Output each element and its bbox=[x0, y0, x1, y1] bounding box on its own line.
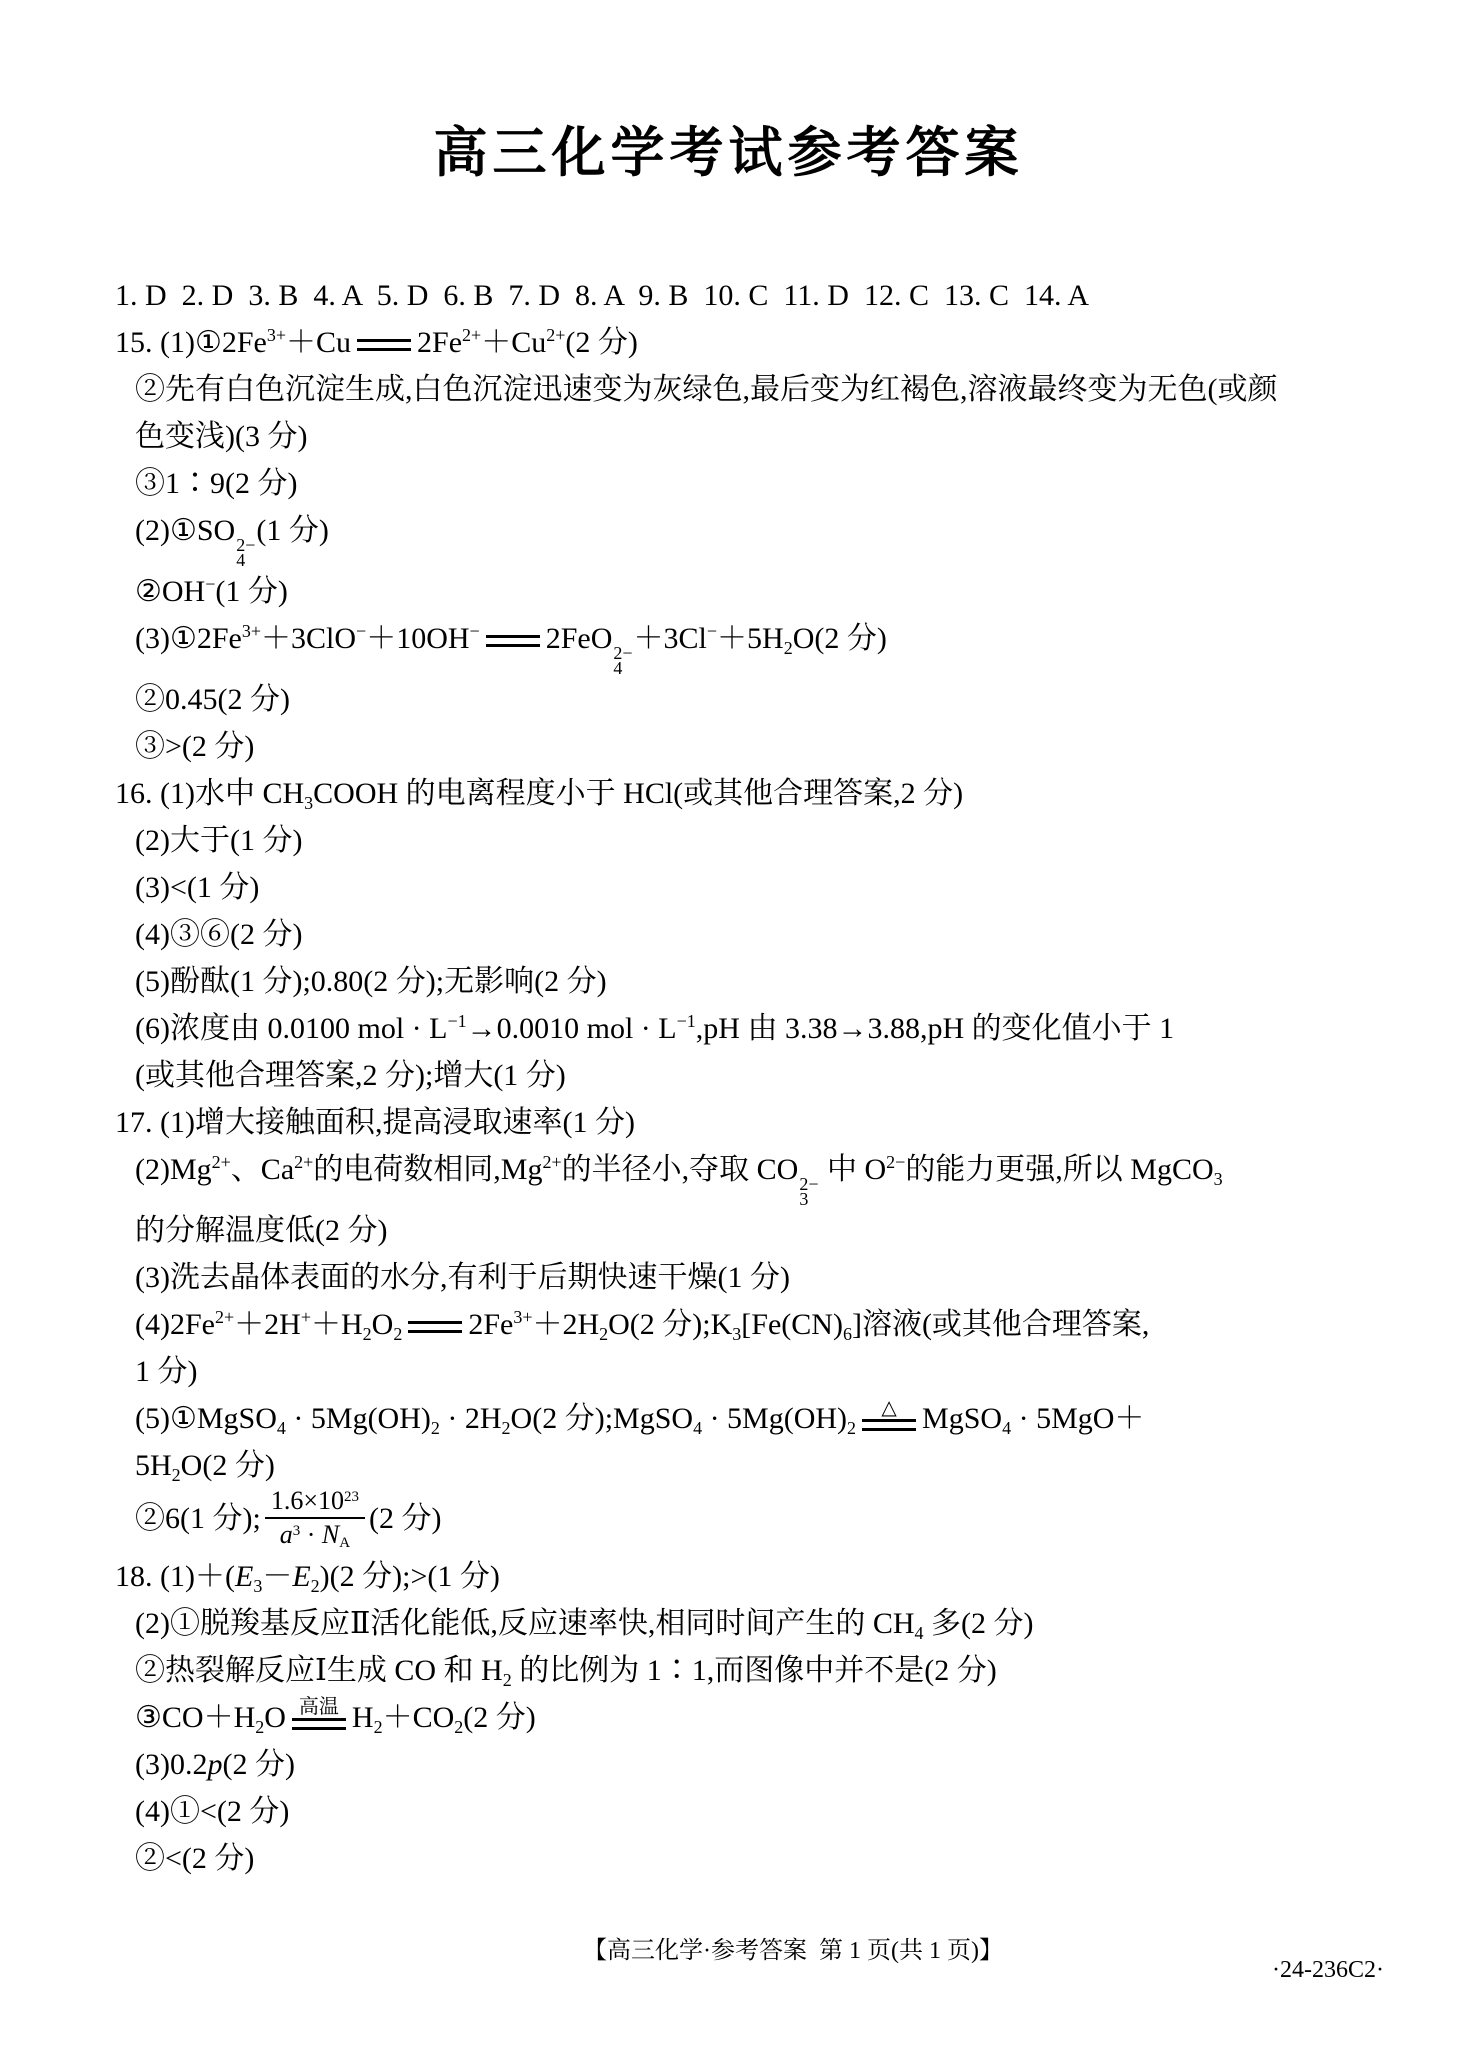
superscript: 2+ bbox=[215, 1307, 234, 1327]
page-title: 高三化学考试参考答案 bbox=[0, 110, 1457, 187]
answers-content: 1. D 2. D 3. B 4. A 5. D 6. B 7. D 8. A … bbox=[0, 272, 1457, 1882]
answer-line: ②热裂解反应Ⅰ生成 CO 和 H2 的比例为 1∶1,而图像中并不是(2 分) bbox=[0, 1647, 1457, 1694]
answer-line: ②OH−(1 分) bbox=[0, 568, 1457, 615]
answer-line: ③>(2 分) bbox=[0, 723, 1457, 770]
subscript: 2 bbox=[255, 1717, 264, 1737]
answer-line: ②先有白色沉淀生成,白色沉淀迅速变为灰绿色,最后变为红褐色,溶液最终变为无色(或… bbox=[0, 366, 1457, 413]
footer-page-info: 【高三化学·参考答案 第 1 页(共 1 页)】 bbox=[583, 1930, 1003, 1965]
answer-line: (3)①2Fe3+＋3ClO−＋10OH−2FeO2−4＋3Cl−＋5H2O(2… bbox=[0, 615, 1457, 676]
answer-line: 18. (1)＋(E3－E2)(2 分);>(1 分) bbox=[0, 1553, 1457, 1600]
answer-line: (3)0.2p(2 分) bbox=[0, 1741, 1457, 1788]
superscript: − bbox=[707, 621, 717, 641]
subscript: 2 bbox=[431, 1418, 440, 1438]
subscript: A bbox=[339, 1535, 350, 1551]
subscript: 2 bbox=[454, 1717, 463, 1737]
superscript: − bbox=[470, 621, 480, 641]
subscript: 2 bbox=[503, 1670, 512, 1690]
answer-line: (5)酚酞(1 分);0.80(2 分);无影响(2 分) bbox=[0, 958, 1457, 1005]
exam-answer-page: 高三化学考试参考答案 1. D 2. D 3. B 4. A 5. D 6. B… bbox=[0, 0, 1457, 2047]
subscript: 2 bbox=[363, 1324, 372, 1344]
footer-doc-code: ·24-236C2· bbox=[1272, 1957, 1384, 1984]
answer-line: (4)③⑥(2 分) bbox=[0, 911, 1457, 958]
stacked-charge: 2−3 bbox=[799, 1177, 818, 1207]
answer-line: 1 分) bbox=[0, 1348, 1457, 1395]
answer-line: (4)2Fe2+＋2H+＋H2O22Fe3+＋2H2O(2 分);K3[Fe(C… bbox=[0, 1301, 1457, 1348]
answer-line: (3)洗去晶体表面的水分,有利于后期快速干燥(1 分) bbox=[0, 1254, 1457, 1301]
superscript: 3+ bbox=[267, 325, 286, 345]
subscript: 2 bbox=[393, 1324, 402, 1344]
answer-line: 的分解温度低(2 分) bbox=[0, 1207, 1457, 1254]
subscript: 2 bbox=[784, 638, 793, 658]
answer-line: ②<(2 分) bbox=[0, 1835, 1457, 1882]
answer-line: (2)①脱羧基反应Ⅱ活化能低,反应速率快,相同时间产生的 CH4 多(2 分) bbox=[0, 1600, 1457, 1647]
subscript: 3 bbox=[732, 1324, 741, 1344]
subscript: 2 bbox=[311, 1576, 320, 1596]
answer-line: 17. (1)增大接触面积,提高浸取速率(1 分) bbox=[0, 1099, 1457, 1146]
stacked-charge: 2−4 bbox=[236, 538, 255, 568]
italic-variable: a bbox=[280, 1520, 293, 1549]
superscript: 2+ bbox=[212, 1152, 231, 1172]
answer-line: 5H2O(2 分) bbox=[0, 1442, 1457, 1489]
equals-condition-label: △ bbox=[862, 1397, 916, 1419]
page-footer: 【高三化学·参考答案 第 1 页(共 1 页)】 ·24-236C2· bbox=[0, 1903, 1457, 1943]
answer-line: (2)Mg2+、Ca2+的电荷数相同,Mg2+的半径小,夺取 CO2−3 中 O… bbox=[0, 1146, 1457, 1207]
answer-line: 15. (1)①2Fe3+＋Cu2Fe2+＋Cu2+(2 分) bbox=[0, 319, 1457, 366]
double-line bbox=[862, 1419, 916, 1431]
subscript: 2 bbox=[172, 1465, 181, 1485]
italic-variable: E bbox=[235, 1560, 253, 1593]
answer-line: (2)大于(1 分) bbox=[0, 817, 1457, 864]
answer-line: ②0.45(2 分) bbox=[0, 676, 1457, 723]
double-line bbox=[408, 1321, 462, 1333]
superscript: 2+ bbox=[294, 1152, 313, 1172]
subscript: 4 bbox=[1002, 1418, 1011, 1438]
superscript: 3+ bbox=[513, 1307, 532, 1327]
equals-condition-label: 高温 bbox=[292, 1696, 346, 1718]
subscript: 2 bbox=[374, 1717, 383, 1737]
superscript: 2+ bbox=[542, 1152, 561, 1172]
superscript: 2+ bbox=[546, 325, 565, 345]
subscript: 3 bbox=[253, 1576, 262, 1596]
superscript: −1 bbox=[677, 1011, 696, 1031]
answer-line: (3)<(1 分) bbox=[0, 864, 1457, 911]
italic-variable: E bbox=[292, 1560, 310, 1593]
fraction-numerator: 1.6×1023 bbox=[265, 1486, 365, 1519]
subscript: 4 bbox=[693, 1418, 702, 1438]
answer-line: (5)①MgSO4 · 5Mg(OH)2 · 2H2O(2 分);MgSO4 ·… bbox=[0, 1395, 1457, 1442]
answer-line: ③1∶9(2 分) bbox=[0, 460, 1457, 507]
fraction: 1.6×1023a3 · NA bbox=[265, 1486, 365, 1550]
answer-line: (6)浓度由 0.0100 mol · L−1→0.0010 mol · L−1… bbox=[0, 1005, 1457, 1052]
reaction-equals-sign bbox=[357, 339, 411, 351]
stacked-charge: 2−4 bbox=[613, 646, 632, 676]
answer-line: 16. (1)水中 CH3COOH 的电离程度小于 HCl(或其他合理答案,2 … bbox=[0, 770, 1457, 817]
answer-line: (2)①SO2−4(1 分) bbox=[0, 507, 1457, 568]
subscript: 6 bbox=[843, 1324, 852, 1344]
answer-line: (4)①<(2 分) bbox=[0, 1788, 1457, 1835]
reaction-equals-sign: 高温 bbox=[292, 1696, 346, 1730]
superscript: 2− bbox=[886, 1152, 905, 1172]
superscript: −1 bbox=[447, 1011, 466, 1031]
double-line bbox=[486, 635, 540, 647]
double-line bbox=[357, 339, 411, 351]
subscript: 3 bbox=[304, 793, 313, 813]
answer-line: ②6(1 分);1.6×1023a3 · NA(2 分) bbox=[0, 1489, 1457, 1553]
reaction-equals-sign: △ bbox=[862, 1397, 916, 1431]
superscript: − bbox=[356, 621, 366, 641]
subscript: 2 bbox=[502, 1418, 511, 1438]
reaction-equals-sign bbox=[486, 635, 540, 647]
superscript: 2+ bbox=[462, 325, 481, 345]
superscript: 3+ bbox=[242, 621, 261, 641]
answer-line: ③CO＋H2O高温H2＋CO2(2 分) bbox=[0, 1694, 1457, 1741]
fraction-denominator: a3 · NA bbox=[265, 1519, 365, 1550]
subscript: 4 bbox=[915, 1623, 924, 1643]
superscript: 23 bbox=[344, 1489, 359, 1505]
answer-line: 色变浅)(3 分) bbox=[0, 413, 1457, 460]
italic-variable: p bbox=[207, 1748, 222, 1781]
subscript: 3 bbox=[1214, 1169, 1223, 1189]
superscript: − bbox=[205, 574, 215, 594]
superscript: + bbox=[301, 1307, 311, 1327]
italic-variable: N bbox=[322, 1520, 339, 1549]
double-line bbox=[292, 1718, 346, 1730]
subscript: 2 bbox=[599, 1324, 608, 1344]
superscript: 3 bbox=[293, 1523, 301, 1539]
answer-line: 1. D 2. D 3. B 4. A 5. D 6. B 7. D 8. A … bbox=[0, 272, 1457, 319]
subscript: 4 bbox=[277, 1418, 286, 1438]
answer-line: (或其他合理答案,2 分);增大(1 分) bbox=[0, 1052, 1457, 1099]
subscript: 2 bbox=[847, 1418, 856, 1438]
reaction-equals-sign bbox=[408, 1321, 462, 1333]
